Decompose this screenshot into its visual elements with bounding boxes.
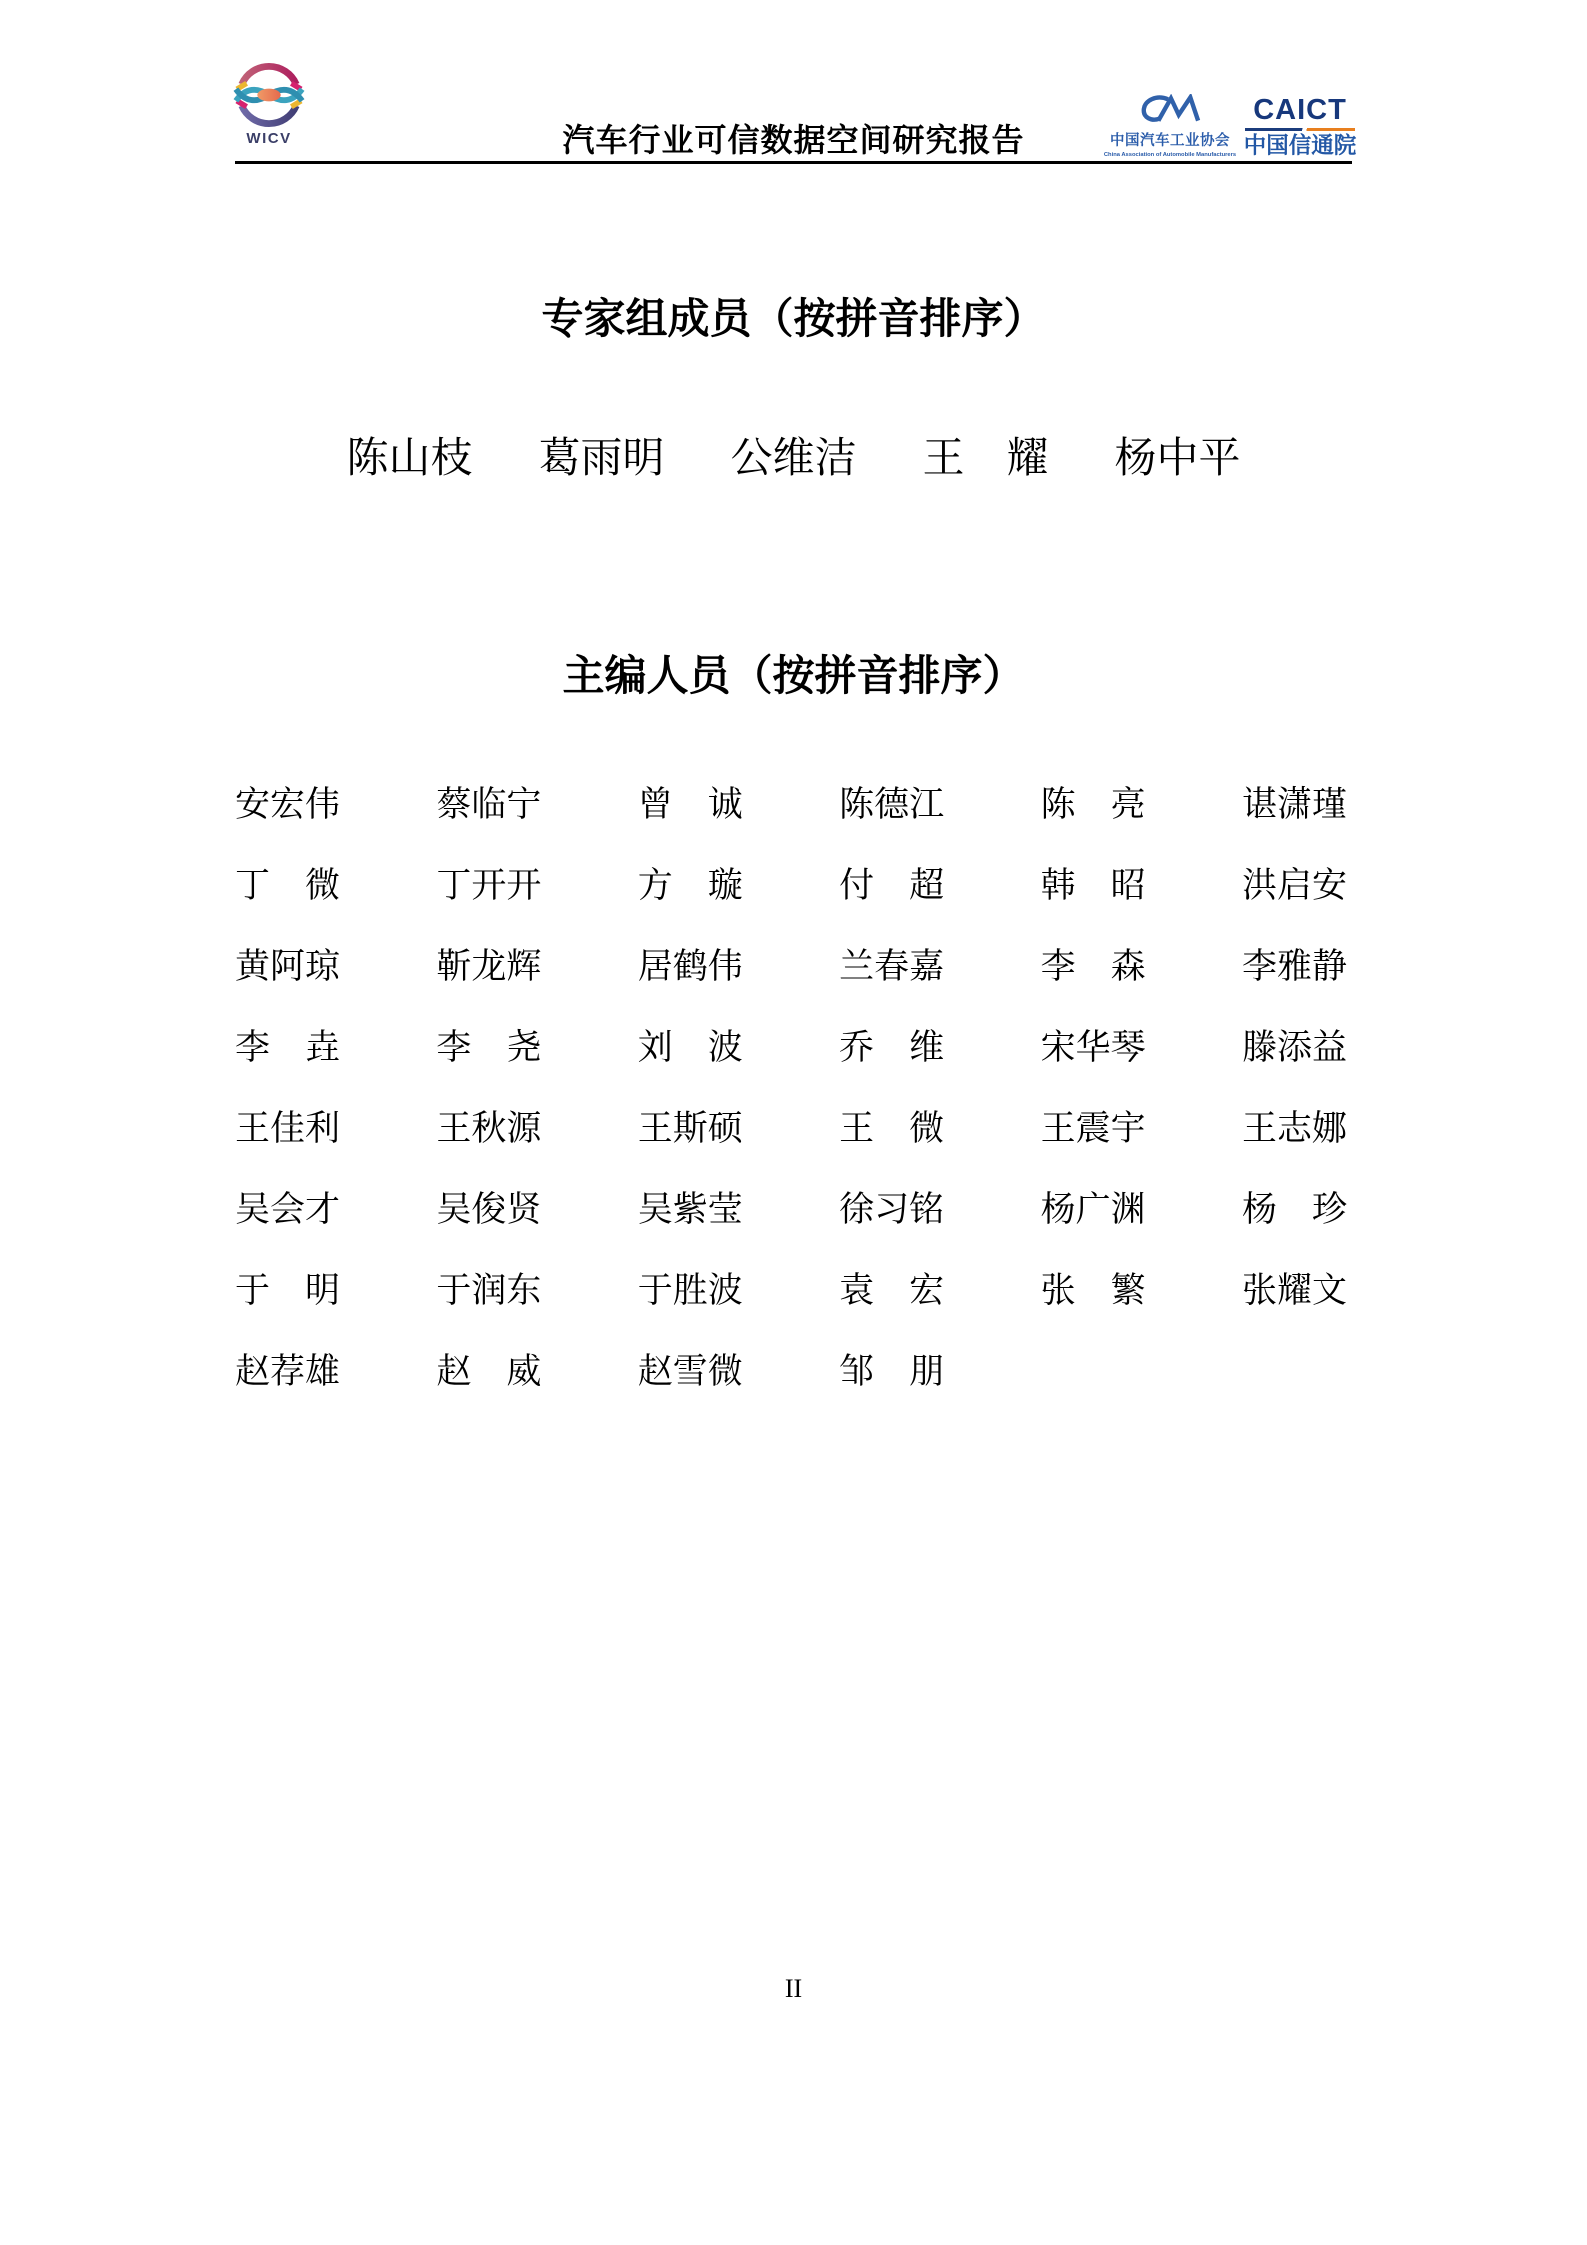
editor-name: 李 森: [1041, 949, 1146, 985]
editor-name: 韩 昭: [1041, 868, 1146, 904]
editor-name: 乔 维: [839, 1030, 944, 1066]
editor-name: 王志娜: [1242, 1111, 1347, 1147]
experts-heading: 专家组成员（按拼音排序）: [0, 295, 1587, 343]
editors-name-grid: 安宏伟蔡临宁曾 诚陈德江陈 亮谌潇瑾丁 微丁开开方 璇付 超韩 昭洪启安黄阿琼靳…: [235, 787, 1347, 1390]
editor-name: 谌潇瑾: [1242, 787, 1347, 823]
caict-logo: CAICT 中国信通院: [1243, 96, 1357, 158]
editor-name: 王斯硕: [638, 1111, 743, 1147]
editors-heading: 主编人员（按拼音排序）: [0, 652, 1587, 700]
editor-name: 赵荐雄: [235, 1354, 340, 1390]
editor-name: 陈德江: [839, 787, 944, 823]
editor-name: 洪启安: [1242, 868, 1347, 904]
editor-name: 居鹤伟: [638, 949, 743, 985]
expert-name: 葛雨明: [538, 438, 664, 480]
editor-name: 方 璇: [638, 868, 743, 904]
editor-name: 靳龙辉: [436, 949, 541, 985]
editor-name: 徐习铭: [839, 1192, 944, 1228]
editor-name: 丁 微: [235, 868, 340, 904]
editor-name: 吴紫莹: [638, 1192, 743, 1228]
editor-name: 杨 珍: [1242, 1192, 1347, 1228]
editor-name: 安宏伟: [235, 787, 340, 823]
experts-name-list: 陈山枝葛雨明公维洁王 耀杨中平: [0, 438, 1587, 480]
document-page: WICV 汽车行业可信数据空间研究报告 中国汽车工业协会 China Assoc…: [0, 0, 1587, 2245]
editor-name: 邹 朋: [839, 1354, 944, 1390]
editor-name: 杨广渊: [1041, 1192, 1146, 1228]
editor-name: 王佳利: [235, 1111, 340, 1147]
header-rule: [235, 161, 1352, 164]
page-number: II: [0, 1974, 1587, 2004]
editor-name: 黄阿琼: [235, 949, 340, 985]
editor-name: 王震宇: [1041, 1111, 1146, 1147]
editor-name: 吴会才: [235, 1192, 340, 1228]
editor-name: 蔡临宁: [436, 787, 541, 823]
expert-name: 公维洁: [730, 438, 856, 480]
editor-name: 付 超: [839, 868, 944, 904]
editor-name: 于 明: [235, 1273, 340, 1309]
editor-name: 王 微: [839, 1111, 944, 1147]
editor-name: 赵雪微: [638, 1354, 743, 1390]
editor-name: 吴俊贤: [436, 1192, 541, 1228]
expert-name: 杨中平: [1115, 438, 1241, 480]
expert-name: 陈山枝: [346, 438, 472, 480]
caict-divider: [1245, 128, 1355, 131]
caict-acronym: CAICT: [1243, 96, 1357, 125]
editor-name: 曾 诚: [638, 787, 743, 823]
editor-name: 于润东: [436, 1273, 541, 1309]
editor-name: 李 垚: [235, 1030, 340, 1066]
editor-name: 张 繁: [1041, 1273, 1146, 1309]
editor-name: 袁 宏: [839, 1273, 944, 1309]
editor-name: 张耀文: [1242, 1273, 1347, 1309]
expert-name: 王 耀: [923, 438, 1049, 480]
caam-name-cn: 中国汽车工业协会: [1094, 129, 1246, 150]
editor-name: 刘 波: [638, 1030, 743, 1066]
editor-name: 于胜波: [638, 1273, 743, 1309]
editor-name: 李 尧: [436, 1030, 541, 1066]
editor-name: 兰春嘉: [839, 949, 944, 985]
editor-name: 赵 威: [436, 1354, 541, 1390]
caam-logo-icon: [1139, 94, 1201, 124]
editor-name: 陈 亮: [1041, 787, 1146, 823]
caam-name-en: China Association of Automobile Manufact…: [1094, 152, 1246, 158]
editor-name: 王秋源: [436, 1111, 541, 1147]
caict-name-cn: 中国信通院: [1243, 135, 1357, 158]
editor-name: 李雅静: [1242, 949, 1347, 985]
editor-name: 丁开开: [436, 868, 541, 904]
editor-name: 滕添益: [1242, 1030, 1347, 1066]
editor-name: 宋华琴: [1041, 1030, 1146, 1066]
caam-logo: 中国汽车工业协会 China Association of Automobile…: [1094, 94, 1246, 158]
